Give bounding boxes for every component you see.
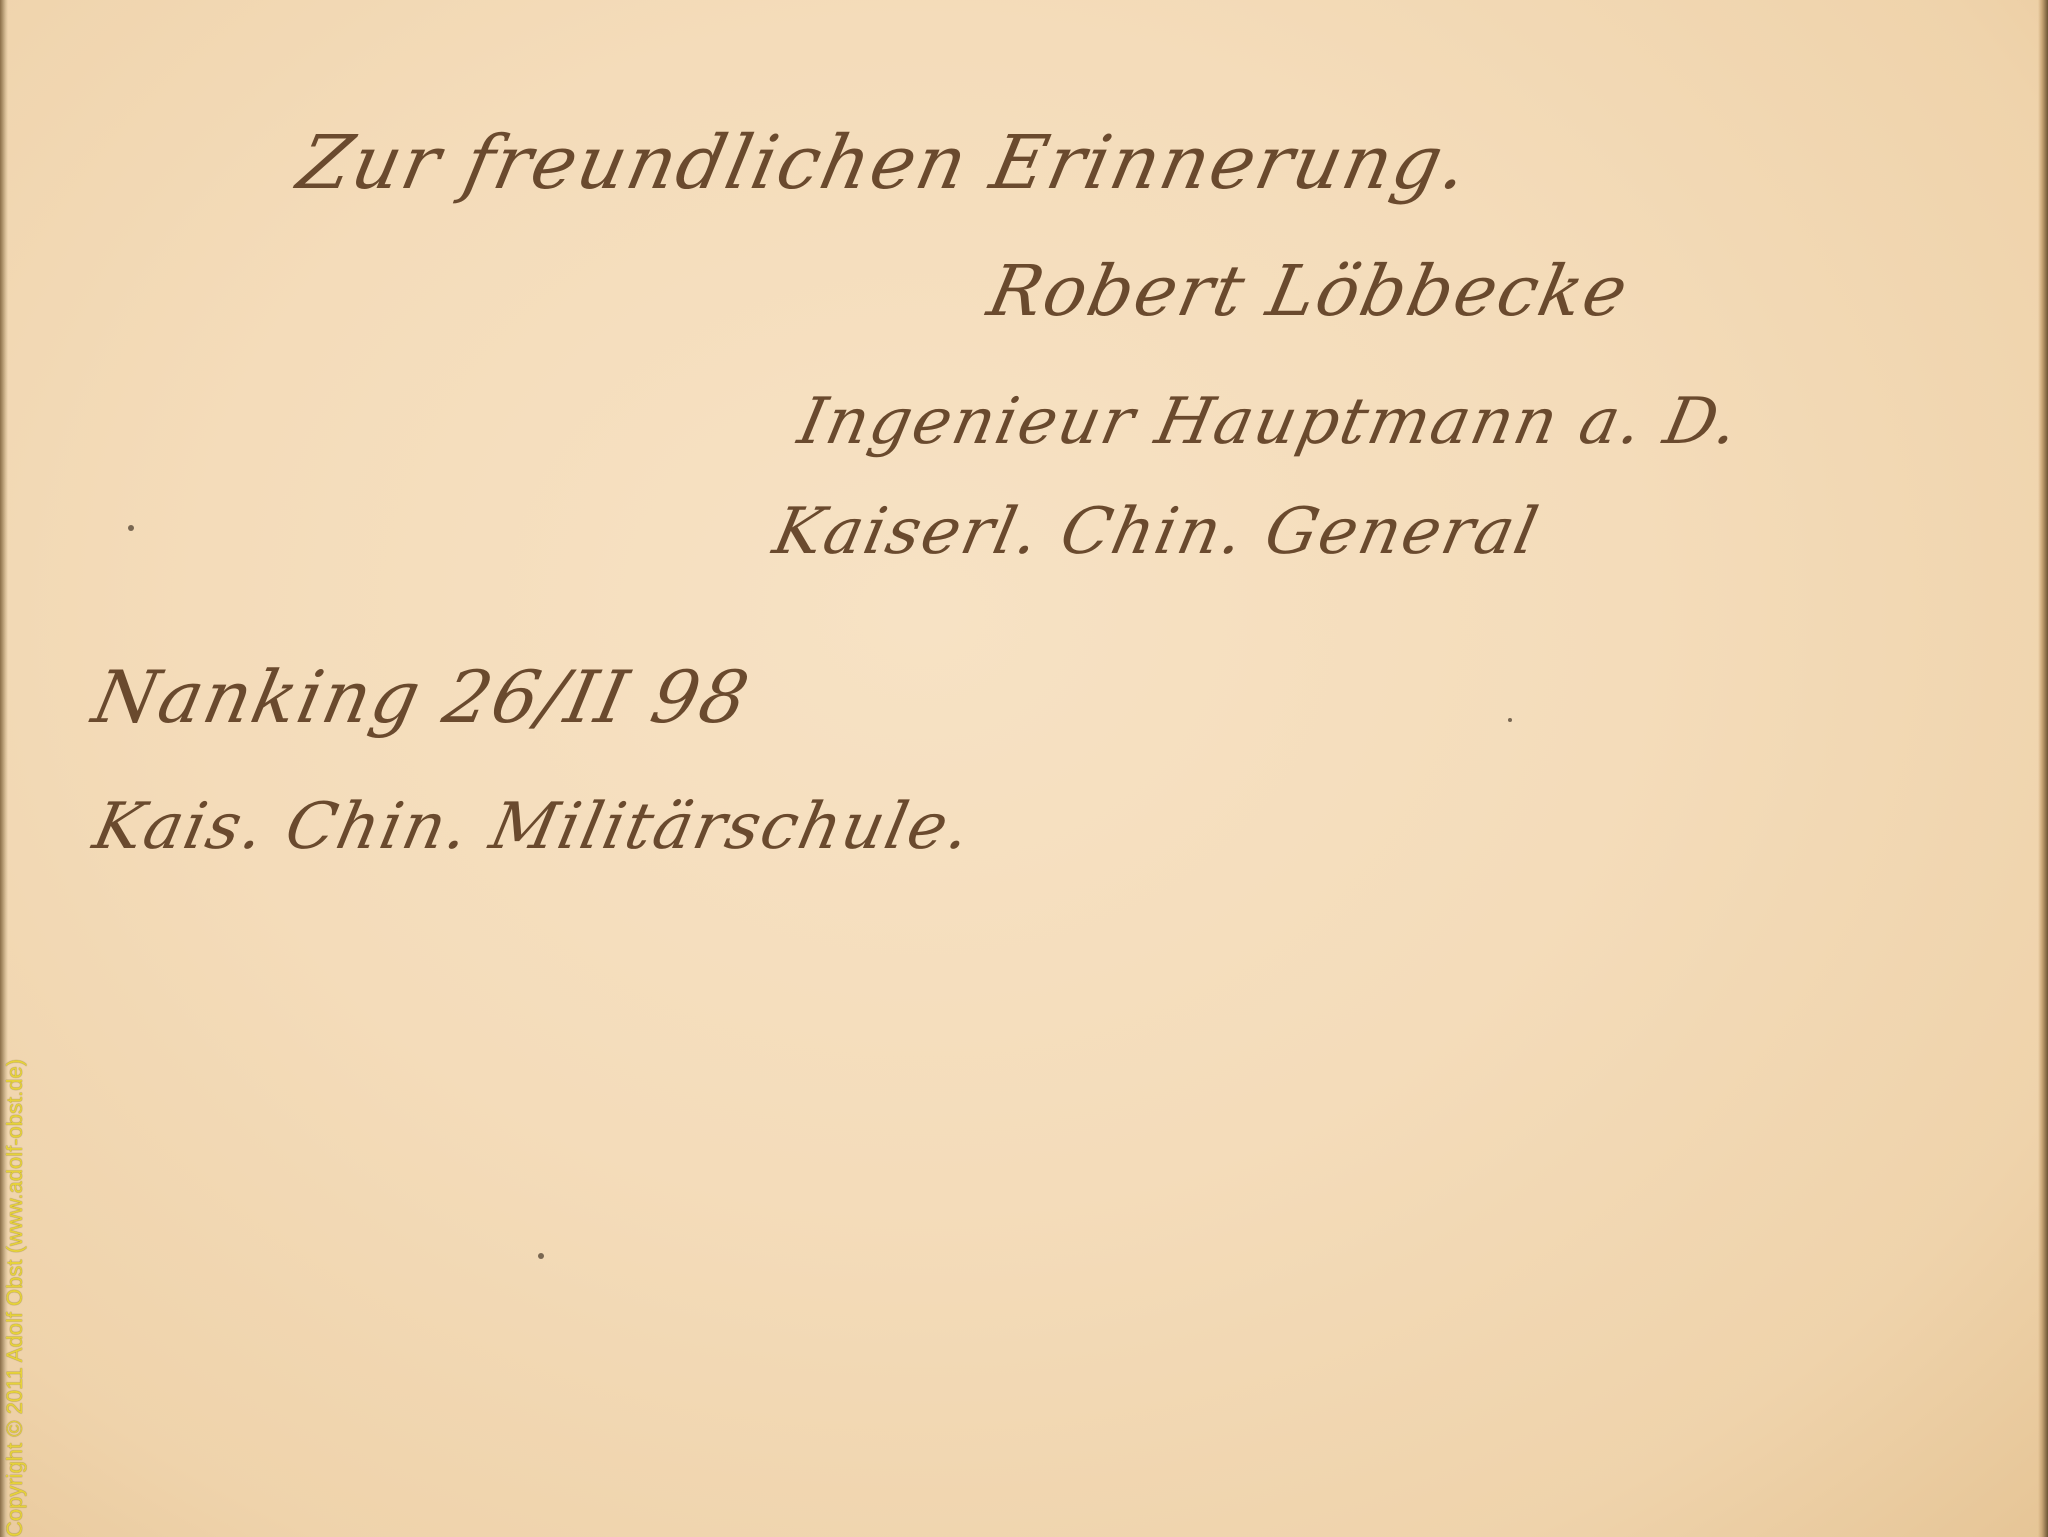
copyright-watermark: Copyright © 2011 Adolf Obst (www.adolf-o… (2, 897, 28, 1537)
paper-spot (538, 1253, 544, 1259)
rank-line: Ingenieur Hauptmann a. D. (792, 385, 1747, 459)
album-page: Zur freundlichen Erinnerung. Robert Löbb… (0, 0, 2048, 1537)
title-line: Kaiserl. Chin. General (767, 495, 1546, 569)
dedication-line: Zur freundlichen Erinnerung. (291, 120, 1478, 206)
place-date-line: Nanking 26/II 98 (86, 655, 757, 739)
page-right-edge (2038, 0, 2048, 1537)
institution-line: Kais. Chin. Militärschule. (87, 790, 978, 864)
paper-spot (1508, 718, 1512, 722)
signature-name: Robert Löbbecke (981, 250, 1636, 332)
paper-spot (128, 525, 134, 531)
